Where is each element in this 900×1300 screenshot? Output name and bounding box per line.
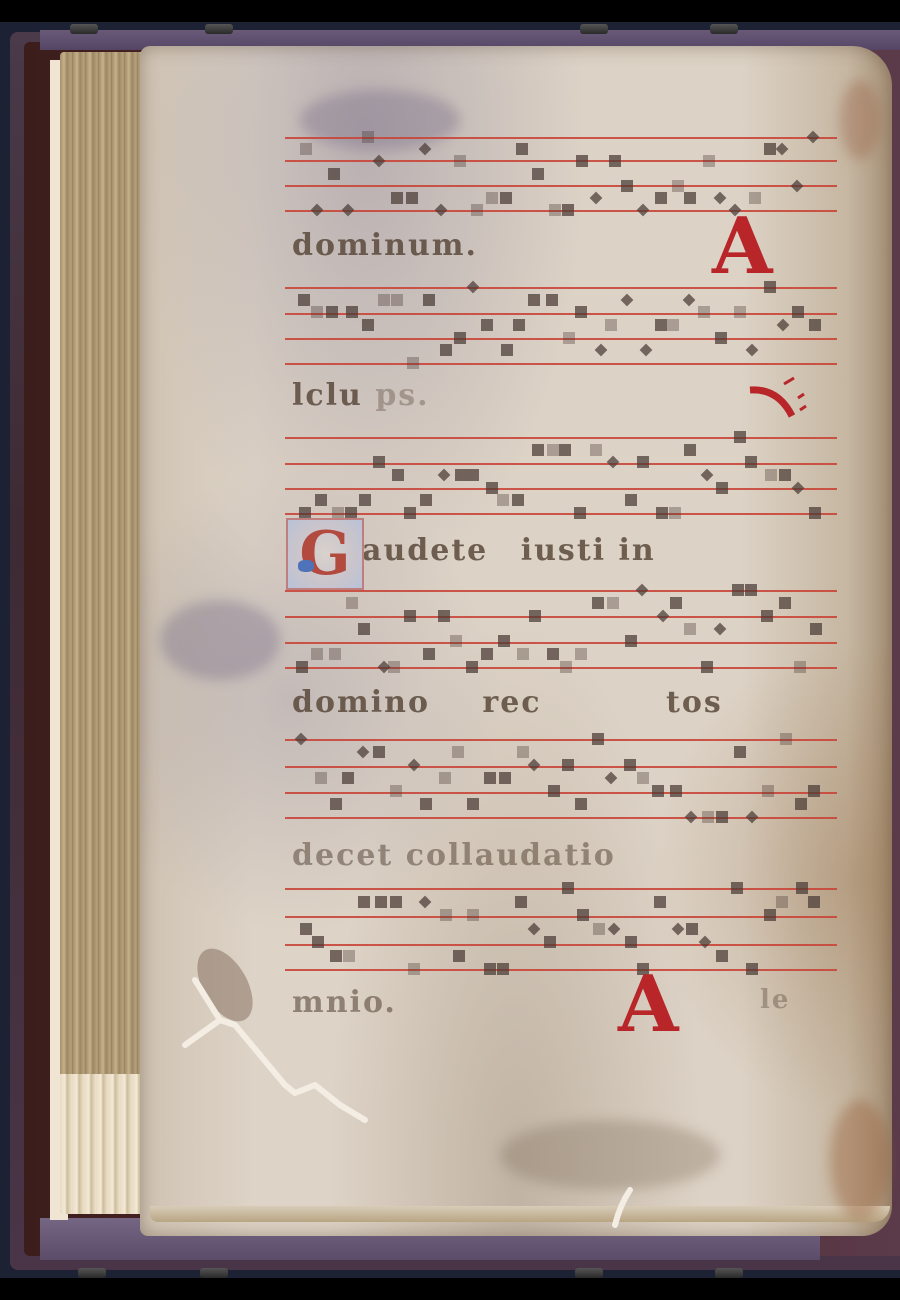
neume-note	[699, 936, 712, 949]
neume-note	[453, 950, 465, 962]
neume-note	[716, 950, 728, 962]
neume-note	[562, 759, 574, 771]
neume-note	[559, 444, 571, 456]
neume-note	[655, 319, 667, 331]
neume-note	[776, 896, 788, 908]
lyric-text: decet collaudatio	[292, 838, 616, 873]
staff-line	[285, 739, 837, 741]
neume-note	[731, 882, 743, 894]
neume-note	[745, 456, 757, 468]
lyric-text: dominum.	[292, 228, 478, 263]
lyric-line-4: domino rec tos	[292, 685, 723, 720]
neume-note	[700, 469, 713, 482]
neume-note	[560, 661, 572, 673]
neume-note	[357, 746, 370, 759]
neume-note	[791, 179, 804, 192]
neume-note	[484, 772, 496, 784]
neume-note	[794, 661, 806, 673]
staff-line	[285, 488, 837, 490]
neume-note	[454, 155, 466, 167]
neume-note	[809, 319, 821, 331]
neume-note	[672, 922, 685, 935]
neume-note	[655, 192, 667, 204]
neume-note	[471, 204, 483, 216]
neume-note	[672, 180, 684, 192]
staff-4	[285, 590, 837, 671]
neume-note	[497, 963, 509, 975]
clasp-icon	[205, 24, 233, 34]
staff-line	[285, 160, 837, 162]
neume-note	[589, 191, 602, 204]
clasp-icon	[710, 24, 738, 34]
neume-note	[761, 610, 773, 622]
staff-3	[285, 437, 837, 517]
neume-note	[452, 746, 464, 758]
neume-note	[358, 623, 370, 635]
neume-note	[716, 811, 728, 823]
neume-note	[300, 143, 312, 155]
neume-note	[546, 294, 558, 306]
neume-note	[746, 344, 759, 357]
neume-note	[592, 733, 604, 745]
neume-note	[576, 155, 588, 167]
neume-note	[315, 494, 327, 506]
neume-note	[625, 635, 637, 647]
lyric-line-3: audete iusti in	[362, 533, 656, 568]
neume-note	[684, 444, 696, 456]
neume-note	[467, 469, 479, 481]
neume-note	[562, 204, 574, 216]
neume-note	[438, 610, 450, 622]
neume-note	[574, 507, 586, 519]
neume-note	[684, 623, 696, 635]
rubric-initial-a: A	[712, 208, 773, 286]
stain	[840, 80, 880, 160]
clasp-icon	[715, 1268, 743, 1278]
neume-note	[362, 319, 374, 331]
neume-note	[667, 319, 679, 331]
neume-note	[745, 584, 757, 596]
neume-note	[562, 882, 574, 894]
neume-note	[501, 344, 513, 356]
neume-note	[716, 482, 728, 494]
neume-note	[517, 746, 529, 758]
staff-line	[285, 185, 837, 187]
neume-note	[606, 456, 619, 469]
neume-note	[388, 661, 400, 673]
neume-note	[359, 494, 371, 506]
neume-note	[607, 597, 619, 609]
neume-note	[467, 909, 479, 921]
neume-note	[342, 772, 354, 784]
neume-note	[563, 332, 575, 344]
neume-note	[467, 798, 479, 810]
neume-note	[484, 963, 496, 975]
neume-note	[481, 319, 493, 331]
neume-note	[779, 597, 791, 609]
lyric-text: rec tos	[482, 685, 722, 720]
neume-note	[328, 168, 340, 180]
staff-line	[285, 916, 837, 918]
lyric-text-faint: ps.	[363, 378, 430, 413]
neume-note	[513, 319, 525, 331]
neume-note	[296, 661, 308, 673]
neume-note	[607, 922, 620, 935]
neume-note	[575, 306, 587, 318]
neume-note	[684, 192, 696, 204]
psalm-mark-glyph	[748, 376, 808, 426]
neume-note	[419, 143, 432, 156]
parchment-tear	[600, 1185, 640, 1230]
neume-note	[669, 507, 681, 519]
neume-note	[423, 294, 435, 306]
neume-note	[311, 648, 323, 660]
lyric-text: le	[760, 985, 790, 1015]
lyric-text: mnio.	[292, 985, 397, 1020]
neume-note	[780, 733, 792, 745]
neume-note	[682, 293, 695, 306]
neume-note	[439, 772, 451, 784]
lyric-line-2: lclu ps.	[292, 378, 430, 413]
neume-note	[312, 936, 324, 948]
neume-note	[529, 610, 541, 622]
neume-note	[466, 661, 478, 673]
neume-note	[420, 494, 432, 506]
neume-note	[512, 494, 524, 506]
neume-note	[498, 635, 510, 647]
stain	[160, 600, 280, 680]
neume-note	[779, 469, 791, 481]
neume-note	[486, 192, 498, 204]
neume-note	[547, 648, 559, 660]
staff-line	[285, 616, 837, 618]
neume-note	[652, 785, 664, 797]
neume-note	[670, 785, 682, 797]
neume-note	[605, 319, 617, 331]
neume-note	[609, 155, 621, 167]
neume-note	[437, 469, 450, 482]
neume-note	[810, 623, 822, 635]
neume-note	[544, 936, 556, 948]
parchment-tear	[175, 945, 385, 1135]
neume-note	[408, 963, 420, 975]
clasp-icon	[200, 1268, 228, 1278]
neume-note	[326, 306, 338, 318]
neume-note	[406, 192, 418, 204]
neume-note	[775, 143, 788, 156]
staff-line	[285, 363, 837, 365]
stain	[830, 1100, 890, 1220]
staff-line	[285, 313, 837, 315]
neume-note	[701, 661, 713, 673]
neume-note	[808, 896, 820, 908]
neume-note	[734, 431, 746, 443]
neume-note	[590, 444, 602, 456]
neume-note	[420, 798, 432, 810]
neume-note	[390, 896, 402, 908]
neume-note	[346, 597, 358, 609]
neume-note	[640, 344, 653, 357]
staff-line	[285, 338, 837, 340]
neume-note	[656, 507, 668, 519]
neume-note	[528, 294, 540, 306]
neume-note	[407, 357, 419, 369]
neume-note	[408, 759, 421, 772]
neume-note	[592, 597, 604, 609]
clasp-icon	[78, 1268, 106, 1278]
clasp-icon	[70, 24, 98, 34]
neume-note	[300, 923, 312, 935]
neume-note	[343, 950, 355, 962]
initial-letter: G	[299, 519, 350, 589]
neume-note	[454, 332, 466, 344]
neume-note	[547, 444, 559, 456]
staff-6	[285, 888, 837, 973]
folio-bottom-edge	[150, 1206, 890, 1222]
page-edges-stack	[60, 52, 152, 1214]
neume-note	[605, 772, 618, 785]
neume-note	[527, 759, 540, 772]
neume-note	[715, 332, 727, 344]
psalm-mark-icon	[748, 376, 808, 435]
neume-note	[532, 444, 544, 456]
neume-note	[593, 923, 605, 935]
neume-note	[703, 155, 715, 167]
neume-note	[656, 609, 669, 622]
neume-note	[637, 456, 649, 468]
staff-line	[285, 944, 837, 946]
neume-note	[391, 192, 403, 204]
neume-note	[404, 610, 416, 622]
blue-pigment-accent	[298, 560, 314, 572]
neume-note	[528, 922, 541, 935]
neume-note	[516, 143, 528, 155]
neume-note	[358, 896, 370, 908]
lyric-line-6: mnio.	[292, 985, 397, 1020]
staff-line	[285, 437, 837, 439]
neume-note	[765, 469, 777, 481]
neume-note	[702, 811, 714, 823]
lyric-text: domino	[292, 685, 430, 720]
neume-note	[440, 344, 452, 356]
neume-note	[346, 306, 358, 318]
neume-note	[713, 622, 726, 635]
neume-note	[497, 494, 509, 506]
neume-note	[621, 180, 633, 192]
neume-note	[517, 648, 529, 660]
lyric-text: lclu	[292, 378, 363, 413]
neume-note	[440, 909, 452, 921]
neume-note	[795, 798, 807, 810]
neume-note	[620, 293, 633, 306]
neume-note	[698, 306, 710, 318]
neume-note	[637, 772, 649, 784]
neume-note	[375, 896, 387, 908]
staff-line	[285, 792, 837, 794]
neume-note	[670, 597, 682, 609]
neume-note	[298, 294, 310, 306]
neume-note	[373, 456, 385, 468]
neume-note	[624, 759, 636, 771]
neume-note	[808, 785, 820, 797]
neume-note	[404, 507, 416, 519]
neume-note	[499, 772, 511, 784]
neume-note	[575, 648, 587, 660]
neume-note	[625, 494, 637, 506]
neume-note	[330, 798, 342, 810]
neume-note	[792, 306, 804, 318]
neume-note	[548, 785, 560, 797]
neume-note	[792, 481, 805, 494]
neume-note	[450, 635, 462, 647]
initial-letter: A	[618, 959, 679, 1050]
neume-note	[762, 785, 774, 797]
neume-note	[515, 896, 527, 908]
neume-note	[373, 746, 385, 758]
neume-note	[809, 507, 821, 519]
neume-note	[764, 143, 776, 155]
neume-note	[330, 950, 342, 962]
neume-note	[455, 469, 467, 481]
neume-note	[481, 648, 493, 660]
neume-note	[362, 131, 374, 143]
lyric-text: iusti in	[521, 533, 656, 568]
neume-note	[378, 294, 390, 306]
lyric-line-6-tail: le	[760, 985, 790, 1015]
neume-note	[373, 155, 386, 168]
neume-note	[392, 469, 404, 481]
neume-note	[575, 798, 587, 810]
neume-note	[329, 648, 341, 660]
lyric-text: audete	[362, 533, 488, 568]
neume-note	[746, 963, 758, 975]
neume-note	[686, 923, 698, 935]
neume-note	[594, 344, 607, 357]
neume-note	[796, 882, 808, 894]
neume-note	[391, 294, 403, 306]
neume-note	[390, 785, 402, 797]
neume-note	[419, 895, 432, 908]
neume-note	[549, 204, 561, 216]
clasp-icon	[575, 1268, 603, 1278]
neume-note	[577, 909, 589, 921]
neume-note	[777, 319, 790, 332]
neume-note	[500, 192, 512, 204]
neume-note	[734, 306, 746, 318]
neume-note	[315, 772, 327, 784]
neume-note	[311, 306, 323, 318]
initial-letter: A	[712, 201, 773, 292]
lyric-line-1: dominum.	[292, 228, 478, 263]
staff-2	[285, 287, 837, 367]
staff-line	[285, 642, 837, 644]
neume-note	[625, 936, 637, 948]
illuminated-initial-g: G	[286, 518, 364, 590]
neume-note	[486, 482, 498, 494]
rubric-initial-a-lower: A	[618, 966, 679, 1044]
neume-note	[423, 648, 435, 660]
staff-5	[285, 739, 837, 821]
neume-note	[654, 896, 666, 908]
neume-note	[532, 168, 544, 180]
clasp-icon	[580, 24, 608, 34]
neume-note	[764, 909, 776, 921]
lyric-line-5: decet collaudatio	[292, 838, 616, 873]
neume-note	[734, 746, 746, 758]
neume-note	[732, 584, 744, 596]
staff-line	[285, 513, 837, 515]
stain	[500, 1120, 720, 1190]
